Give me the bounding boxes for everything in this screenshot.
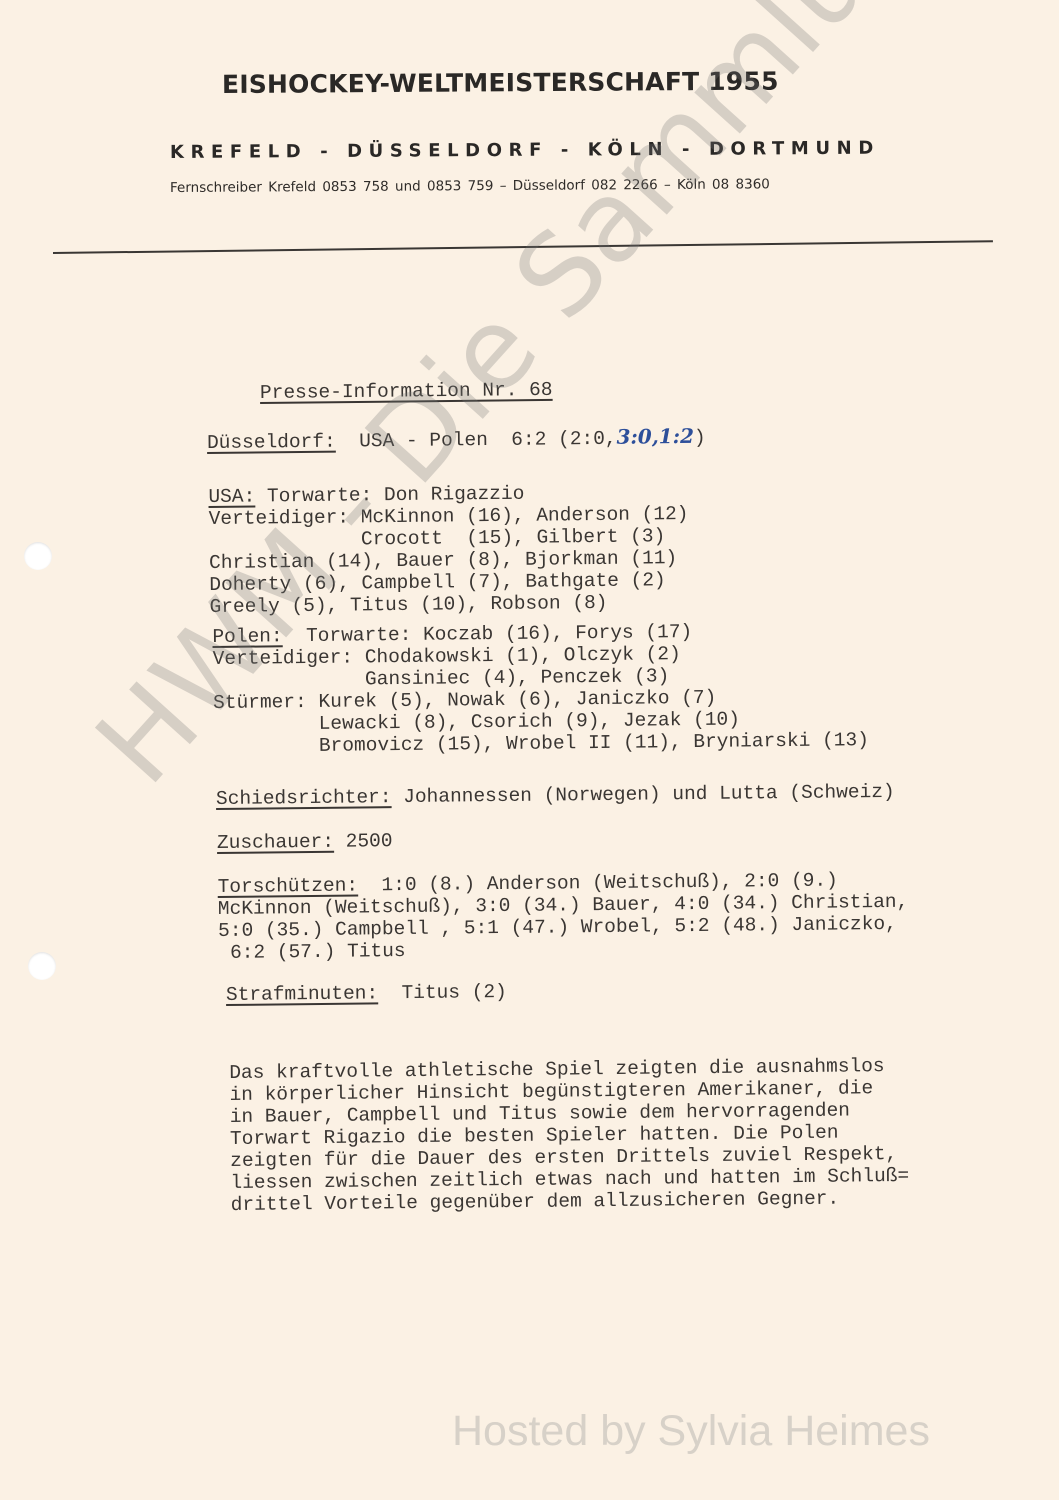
venue-label: Düsseldorf: bbox=[207, 431, 336, 454]
letterhead-contact: Fernschreiber Krefeld 0853 758 und 0853 … bbox=[170, 176, 770, 196]
poland-lineup: Polen: Torwarte: Koczab (16), Forys (17)… bbox=[212, 619, 869, 758]
match-line: Düsseldorf: USA - Polen 6:2 (2:0,3:0,1:2… bbox=[207, 425, 706, 454]
document-page: EISHOCKEY-WELTMEISTERSCHAFT 1955 KREFELD… bbox=[0, 0, 1059, 1500]
press-heading: Presse-Information Nr. 68 bbox=[260, 379, 553, 404]
usa-lineup: USA: Torwarte: Don Rigazzio Verteidiger:… bbox=[208, 481, 689, 618]
punch-hole bbox=[28, 952, 56, 980]
usa-defense-label: Verteidiger: bbox=[209, 507, 350, 530]
goal-scorers: Torschützen: 1:0 (8.) Anderson (Weitschu… bbox=[218, 869, 909, 964]
match-report: Das kraftvolle athletische Spiel zeigten… bbox=[229, 1055, 909, 1216]
spectators: Zuschauer: 2500 bbox=[217, 830, 393, 854]
usa-label: USA: bbox=[208, 486, 255, 508]
horizontal-rule bbox=[53, 240, 993, 254]
poland-defense-label: Verteidiger: bbox=[213, 647, 354, 670]
letterhead-title: EISHOCKEY-WELTMEISTERSCHAFT 1955 bbox=[222, 67, 779, 99]
letterhead-cities: KREFELD - DÜSSELDORF - KÖLN - DORTMUND bbox=[170, 138, 880, 163]
poland-label: Polen: bbox=[212, 625, 282, 648]
handwritten-period-scores: 3:0,1:2 bbox=[616, 424, 694, 449]
punch-hole bbox=[24, 542, 52, 570]
match-result: USA - Polen 6:2 (2:0, bbox=[359, 428, 617, 453]
penalty-minutes: Strafminuten: Titus (2) bbox=[226, 981, 507, 1006]
poland-forwards-label: Stürmer: bbox=[213, 691, 307, 714]
hosted-by-watermark: Hosted by Sylvia Heimes bbox=[452, 1407, 930, 1456]
referees: Schiedsrichter: Johannessen (Norwegen) u… bbox=[216, 781, 895, 810]
